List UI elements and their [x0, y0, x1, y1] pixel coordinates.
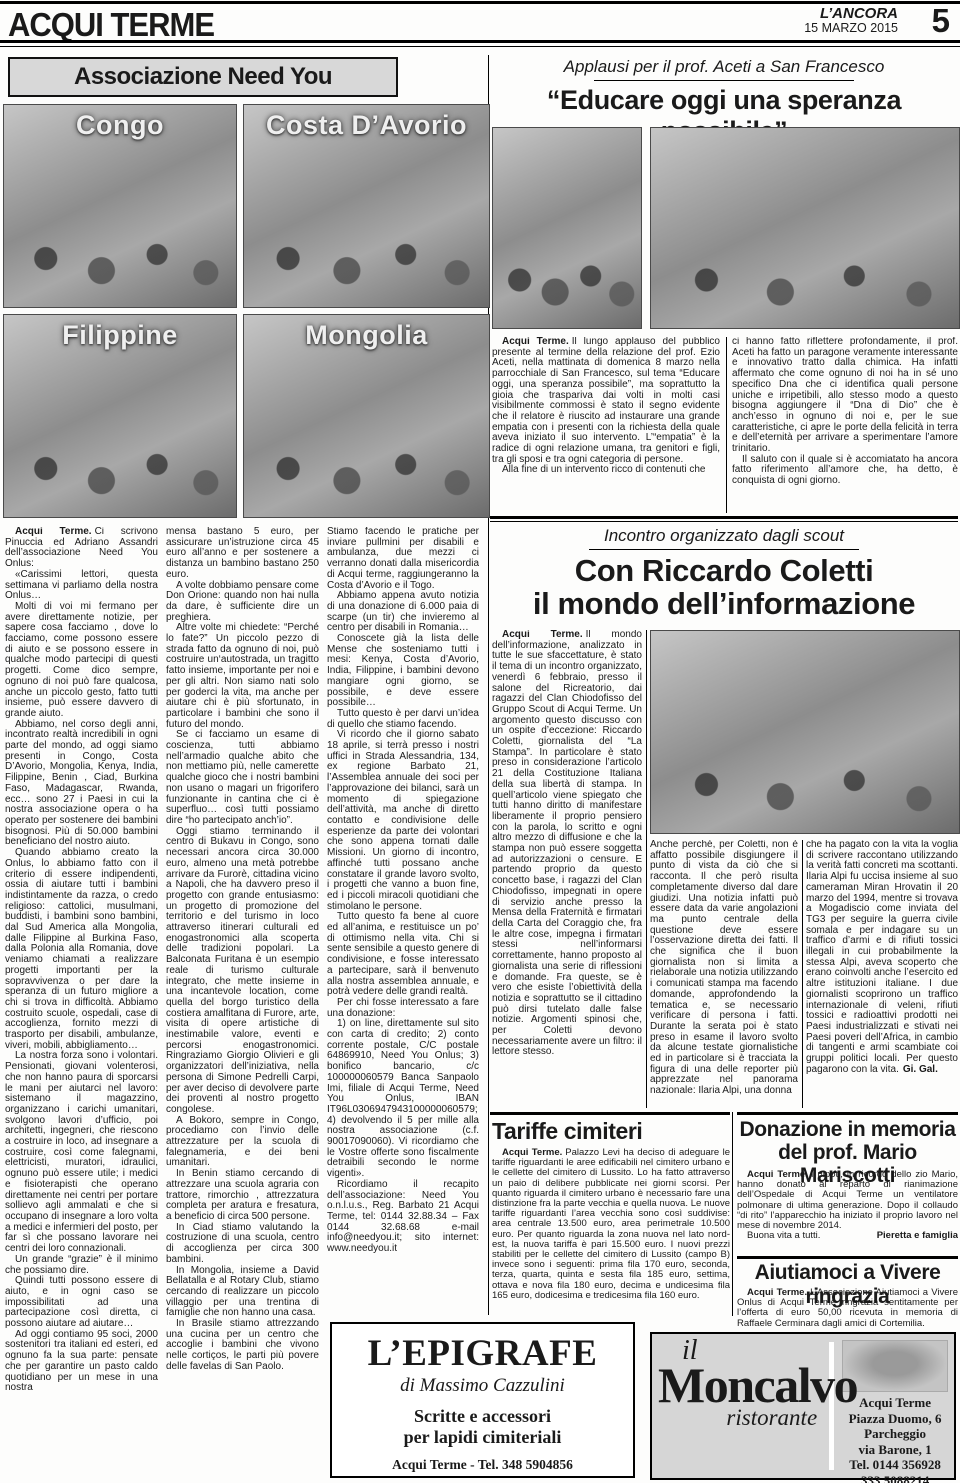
photo-aceti-speakers — [492, 127, 642, 329]
paragraph: Per chi fosse interessato a fare una don… — [327, 998, 479, 1019]
needyou-title-box: Associazione Need You — [8, 57, 398, 97]
epigrafe-ad: L’EPIGRAFE di Massimo Cazzulini Scritte … — [330, 1322, 635, 1478]
paragraph: Ad oggi contiamo 95 soci, 2000 sostenito… — [5, 1330, 158, 1394]
paragraph: Acqui Terme.Ci scrivono Pinuccia ed Adri… — [5, 527, 158, 570]
paragraph: In Benin stiamo cercando di attrezzare u… — [166, 1169, 319, 1223]
paragraph: Altre volte mi chiedete: “Perché lo fate… — [166, 623, 319, 730]
epigrafe-owner: di Massimo Cazzulini — [332, 1375, 633, 1397]
paragraph: In Ciad stiamo valutando la costruzione … — [166, 1223, 319, 1266]
paragraph: In Mongolia, insieme a David Bellatalla … — [166, 1266, 319, 1320]
paragraph: Buona vita a tutti.Pieretta e famiglia — [737, 1231, 958, 1241]
paragraph: In Brasile stiamo attrezzando una cucina… — [166, 1319, 319, 1373]
photo-costa-davorio: Costa D’Avorio — [243, 104, 490, 308]
paragraph: che ha pagato con la vita la voglia di s… — [806, 840, 958, 1075]
lead-text: Il lungo applauso del pubblico presente … — [492, 337, 720, 465]
aceti-column-2: ci hanno fatto riflettere profondamente,… — [732, 337, 958, 513]
dateline: Acqui Terme. — [15, 527, 95, 537]
section-rule-thick — [490, 516, 958, 519]
needyou-column-3: Stiamo facendo le pratiche per inviare p… — [327, 527, 479, 1315]
paragraph: Quando abbiamo creato la Onlus, lo abbia… — [5, 848, 158, 1051]
scout-col3-text: che ha pagato con la vita la voglia di s… — [806, 840, 958, 1075]
masthead-rule-thick — [0, 40, 960, 43]
aceti-kicker: Applausi per il prof. Aceti a San France… — [490, 57, 958, 77]
photo-filippine: Filippine — [3, 314, 237, 518]
paragraph: La nostra forza sono i volontari. Pensio… — [5, 1051, 158, 1254]
needyou-column-2: mensa bastano 5 euro, per assicurare un’… — [166, 527, 319, 1479]
photo-costa-davorio-label: Costa D’Avorio — [244, 110, 489, 141]
donazione-text: I nipoti, in ricordo dello zio Mario, ha… — [737, 1170, 958, 1231]
paragraph: Vi ricordo che il giorno sabato 18 april… — [327, 730, 479, 912]
paragraph: Alla fine di un intervento ricco di cont… — [492, 465, 720, 476]
section-rule-thin — [490, 521, 958, 522]
page-number: 5 — [932, 2, 950, 40]
photo-congo: Congo — [3, 104, 237, 308]
paragraph: Oggi stiamo terminando il centro di Buka… — [166, 827, 319, 1116]
masthead-rule-thin — [0, 46, 960, 47]
scout-kicker: Incontro organizzato dagli scout — [490, 526, 958, 546]
moncalvo-phone1: Tel. 0144 356928 — [836, 1457, 954, 1473]
paragraph: Un grande “grazie” è il minimo che possi… — [5, 1255, 158, 1276]
paragraph: Acqui Terme.Il mondo dell’informazione, … — [492, 630, 642, 1058]
tariffe-title: Tariffe cimiteri — [492, 1118, 732, 1145]
scout-column-1: Acqui Terme.Il mondo dell’informazione, … — [492, 630, 642, 1108]
moncalvo-name-block: il Moncalvo ristorante — [652, 1334, 827, 1478]
lead-text: Il mondo dell’informazione, analizzato i… — [492, 630, 642, 1057]
paragraph: A Bokoro, sempre in Congo, procediamo co… — [166, 1116, 319, 1170]
aceti-column-1: Acqui Terme.Il lungo applauso del pubbli… — [492, 337, 720, 513]
paragraph: Ricordiamo il recapito dell’associazione… — [327, 1180, 479, 1255]
aiutiamoci-rule — [737, 1256, 958, 1259]
epigrafe-line2: per lapidi cimiteriali — [332, 1427, 633, 1448]
photo-mongolia: Mongolia — [243, 314, 490, 518]
donazione-rule — [737, 1112, 958, 1115]
paragraph: Se ci facciamo un esame di coscienza, tu… — [166, 730, 319, 826]
paragraph: ci hanno fatto riflettere profondamente,… — [732, 337, 958, 455]
tariffe-text: Palazzo Levi ha deciso di adeguare le ta… — [492, 1148, 730, 1301]
moncalvo-phone2: 333 5088214 — [836, 1473, 954, 1483]
paper-date: 15 MARZO 2015 — [804, 21, 898, 35]
epigrafe-contact: Acqui Terme - Tel. 348 5904856 — [332, 1457, 633, 1473]
paragraph: 1) on line, direttamente sul sito con ca… — [327, 1019, 479, 1180]
scout-column-3: che ha pagato con la vita la voglia di s… — [806, 840, 958, 1108]
moncalvo-parking1: Parcheggio — [836, 1426, 954, 1442]
paragraph: Molti di voi mi fermano per avere dirett… — [5, 602, 158, 720]
photo-filippine-label: Filippine — [4, 320, 236, 351]
paragraph: Abbiamo appena avuto notizia di una dona… — [327, 591, 479, 634]
bottom-column-divider — [732, 1112, 733, 1316]
scout-divider-1 — [646, 630, 647, 1108]
scout-kicker-rule — [589, 549, 859, 550]
moncalvo-name: Moncalvo — [658, 1364, 827, 1406]
donazione-body: Acqui Terme.I nipoti, in ricordo dello z… — [737, 1170, 958, 1254]
epigrafe-line1: Scritte e accessori — [332, 1406, 633, 1427]
paragraph: Abbiamo, nel corso degli anni, incontrat… — [5, 720, 158, 848]
masthead-info: L’ANCORA 15 MARZO 2015 — [804, 7, 898, 35]
paragraph: Acqui Terme.Palazzo Levi ha deciso di ad… — [492, 1148, 730, 1301]
paragraph: Tutto questo è per darvi un’idea di quel… — [327, 709, 479, 730]
moncalvo-ad: il Moncalvo ristorante Acqui Terme Piazz… — [650, 1332, 956, 1480]
paragraph: Anche perché, per Coletti, non è affatto… — [650, 840, 798, 1097]
paragraph: Conoscete già la lista delle Mense che s… — [327, 634, 479, 709]
photo-church-audience — [650, 127, 960, 329]
epigrafe-name: L’EPIGRAFE — [332, 1332, 633, 1375]
paragraph: «Carissimi lettori, questa settimana vi … — [5, 570, 158, 602]
donazione-closing: Buona vita a tutti. — [737, 1231, 820, 1241]
aiutiamoci-body: Acqui Terme.L’Associazione Aiutiamoci a … — [737, 1288, 958, 1330]
needyou-column-1: Acqui Terme.Ci scrivono Pinuccia ed Adri… — [5, 527, 158, 1479]
scout-column-2: Anche perché, per Coletti, non è affatto… — [650, 840, 798, 1108]
cherub-image — [842, 1340, 948, 1392]
paragraph: mensa bastano 5 euro, per assicurare un’… — [166, 527, 319, 581]
donazione-signature: Pieretta e famiglia — [877, 1231, 958, 1241]
scout-divider-2 — [802, 840, 803, 1108]
dateline: Acqui Terme. — [502, 337, 572, 347]
scout-headline-line2: il mondo dell’informazione — [490, 587, 958, 620]
donazione-title-line1: Donazione in memoria — [737, 1118, 958, 1141]
paper-name: L’ANCORA — [804, 7, 898, 21]
paragraph: A volte dobbiamo pensare come Don Orione… — [166, 581, 319, 624]
paragraph: Acqui Terme.Il lungo applauso del pubbli… — [492, 337, 720, 465]
dateline: Acqui Terme. — [502, 630, 586, 640]
photo-scout-panel — [650, 630, 960, 834]
scout-headline-line1: Con Riccardo Coletti — [490, 554, 958, 587]
needyou-title: Associazione Need You — [74, 63, 332, 91]
scout-headline: Con Riccardo Coletti il mondo dell’infor… — [490, 554, 958, 620]
paragraph: Acqui Terme.L’Associazione Aiutiamoci a … — [737, 1288, 958, 1329]
newspaper-page: ACQUI TERME L’ANCORA 15 MARZO 2015 5 Ass… — [0, 0, 960, 1483]
paragraph: Acqui Terme.I nipoti, in ricordo dello z… — [737, 1170, 958, 1231]
photo-congo-label: Congo — [4, 110, 236, 141]
paragraph: Il saluto con il quale si è accomiatato … — [732, 455, 958, 487]
aceti-column-divider — [726, 337, 727, 513]
scout-byline: Gi. Gal. — [899, 1064, 938, 1075]
aceti-kicker-rule — [594, 80, 854, 81]
paragraph: Quindi tutti possono essere di aiuto, e … — [5, 1276, 158, 1330]
paragraph: Tutto questo fa bene al cuore ed all’ani… — [327, 912, 479, 998]
top-rule — [0, 1, 960, 4]
moncalvo-parking2: via Barone, 1 — [836, 1442, 954, 1458]
tariffe-body: Acqui Terme.Palazzo Levi ha deciso di ad… — [492, 1148, 730, 1316]
tariffe-rule — [490, 1112, 730, 1115]
paragraph: Stiamo facendo le pratiche per inviare p… — [327, 527, 479, 591]
photo-mongolia-label: Mongolia — [244, 320, 489, 351]
